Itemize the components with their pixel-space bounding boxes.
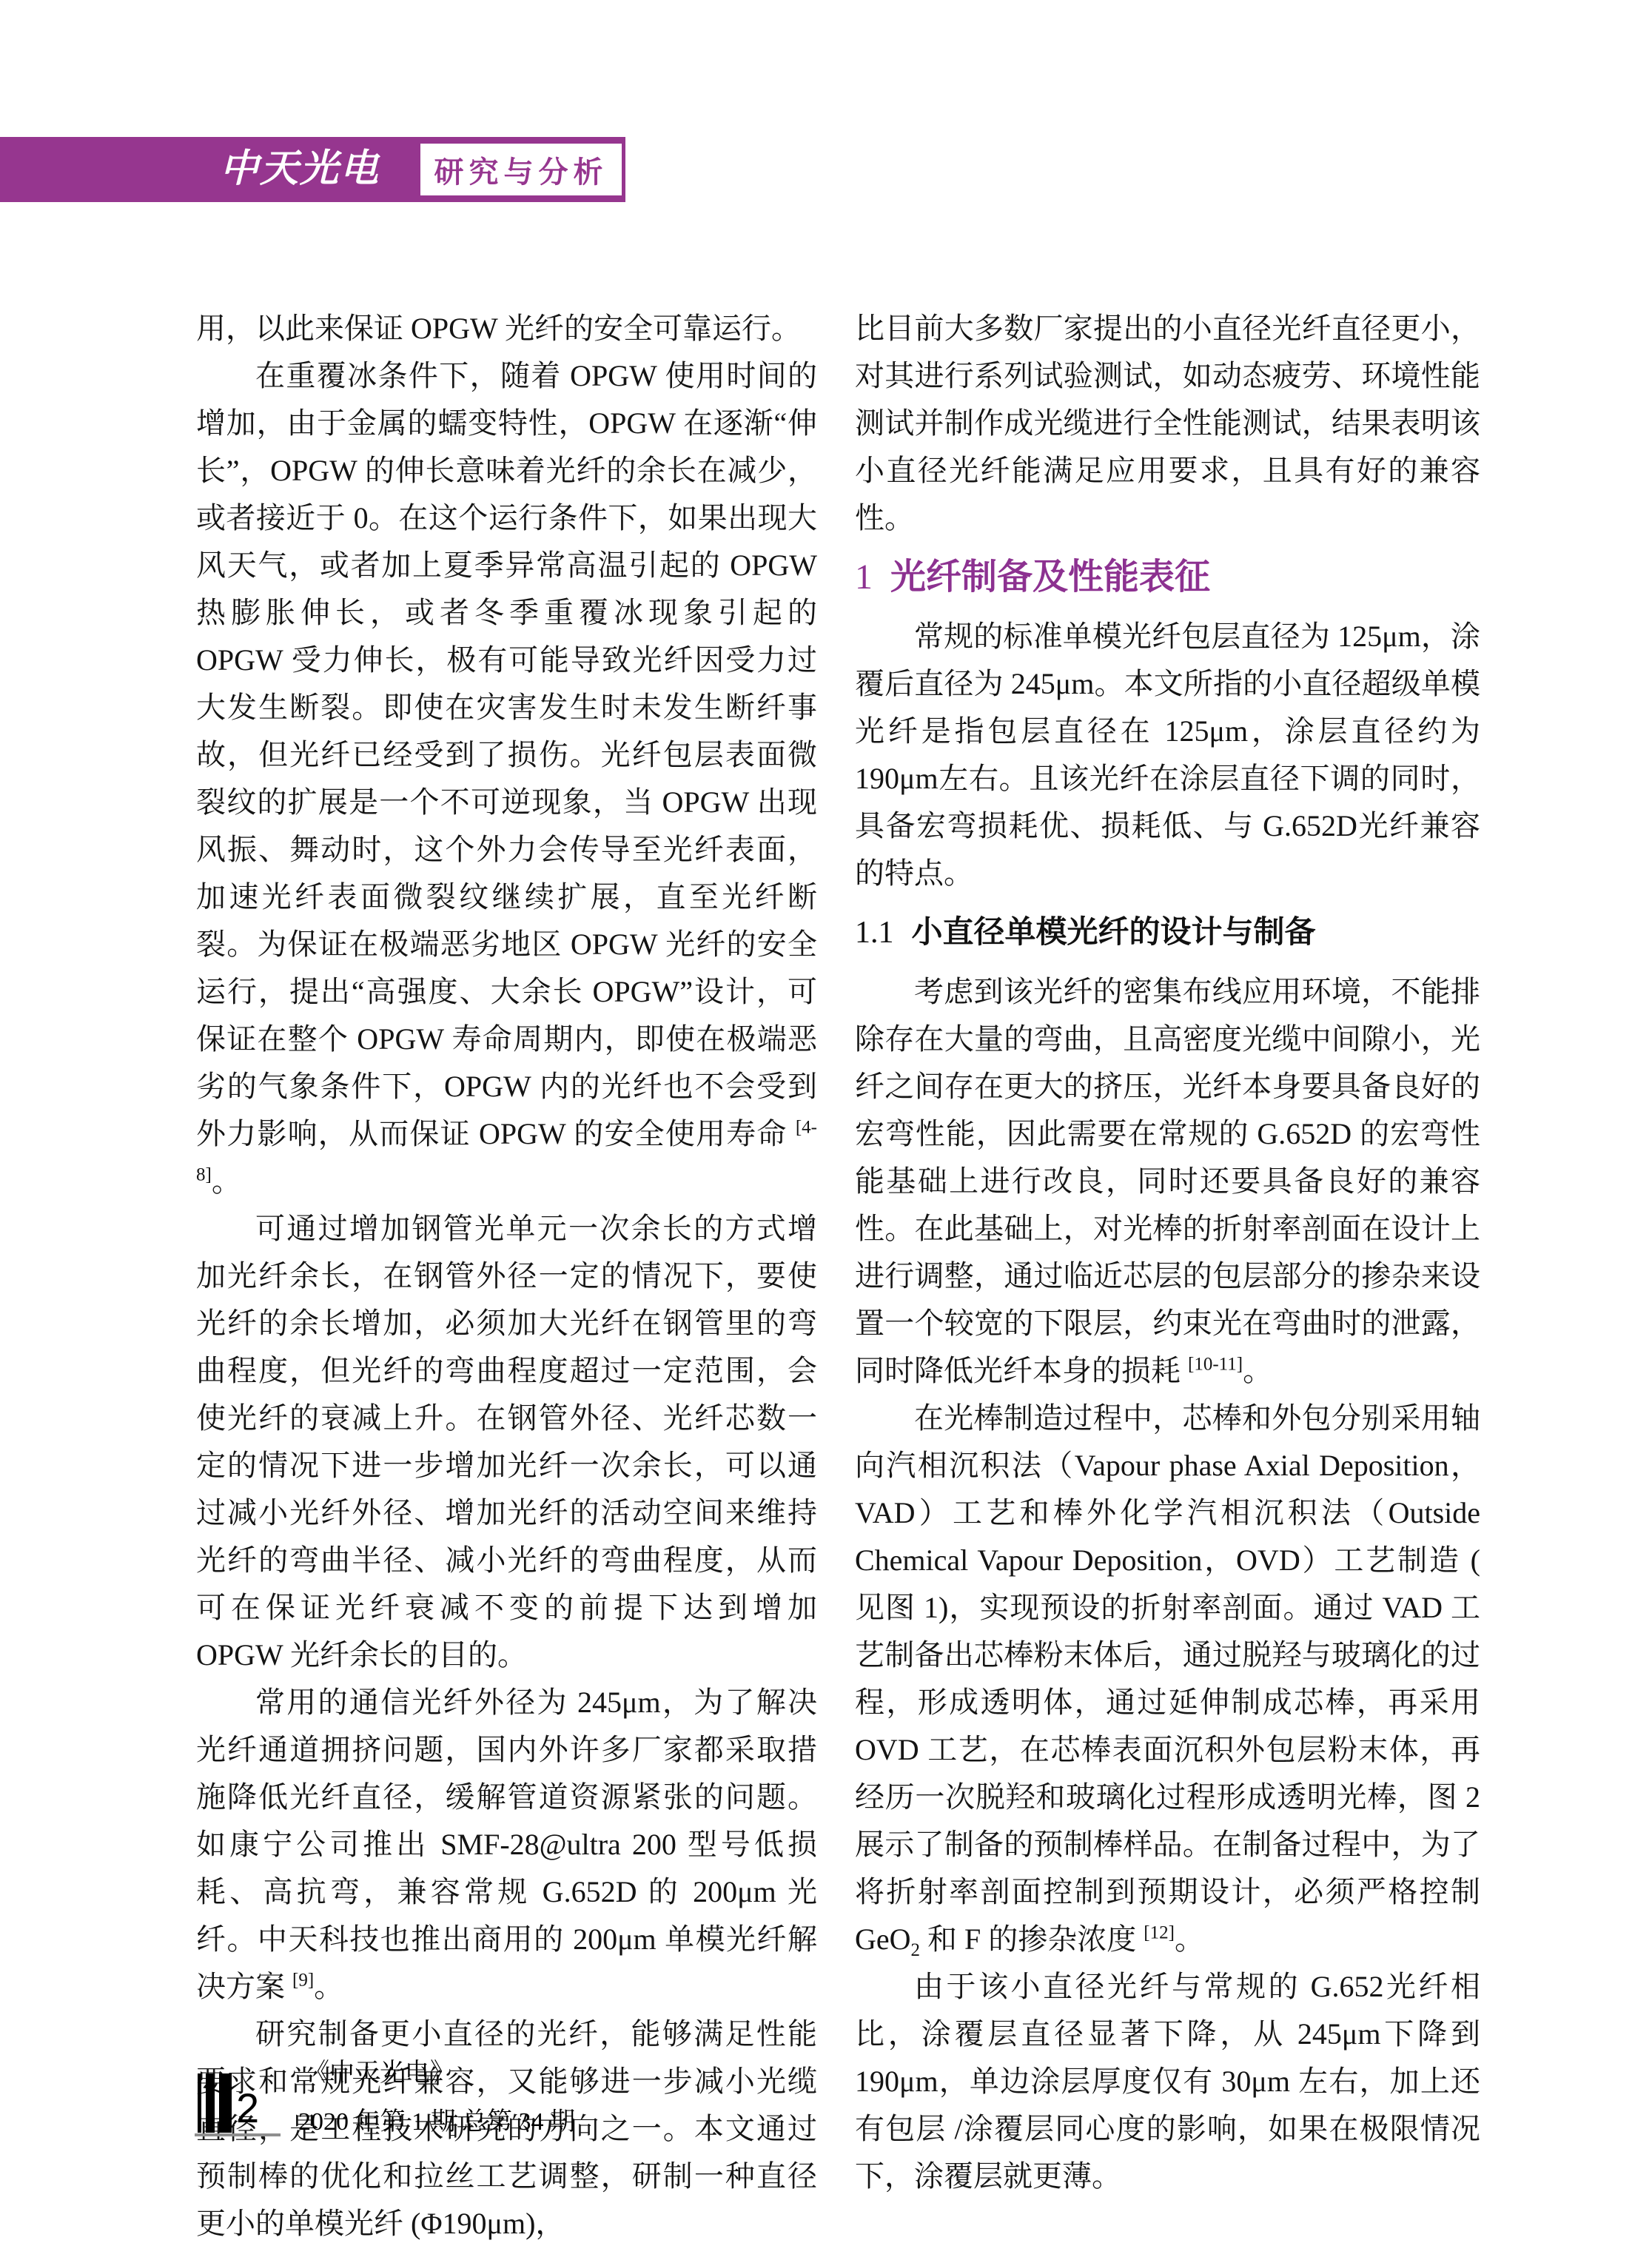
section-label-box: 研究与分析	[420, 144, 622, 195]
paragraph: 常用的通信光纤外径为 245μm，为了解决光纤通道拥挤问题，国内外许多厂家都采取…	[196, 1679, 817, 2011]
paragraph: 比目前大多数厂家提出的小直径光纤直径更小，对其进行系列试验测试，如动态疲劳、环境…	[855, 305, 1480, 542]
subsection-heading: 1.1小直径单模光纤的设计与制备	[855, 897, 1480, 968]
paragraph: 由于该小直径光纤与常规的 G.652光纤相比，涂覆层直径显著下降，从 245μm…	[855, 1963, 1480, 2200]
paragraph: 在重覆冰条件下，随着 OPGW 使用时间的增加，由于金属的蠕变特性，OPGW 在…	[196, 352, 817, 1205]
paragraph: 用，以此来保证 OPGW 光纤的安全可靠运行。	[196, 305, 817, 352]
page-number: 2	[236, 2084, 259, 2133]
left-column: 用，以此来保证 OPGW 光纤的安全可靠运行。在重覆冰条件下，随着 OPGW 使…	[196, 305, 817, 2243]
paragraph: 常规的标准单模光纤包层直径为 125μm，涂覆后直径为 245μm。本文所指的小…	[855, 613, 1480, 897]
paragraph: 在光棒制造过程中，芯棒和外包分别采用轴向汽相沉积法（Vapour phase A…	[855, 1395, 1480, 1963]
footer-underline	[195, 2133, 281, 2136]
issue-info: 2020 年第 1 期 总第 34 期	[298, 2106, 575, 2139]
right-column: 比目前大多数厂家提出的小直径光纤直径更小，对其进行系列试验测试，如动态疲劳、环境…	[855, 305, 1480, 2200]
section-label: 研究与分析	[434, 149, 608, 191]
footer: 2 《中天光电》 2020 年第 1 期 总第 34 期	[195, 2057, 713, 2161]
footer-bars-icon	[198, 2073, 232, 2133]
journal-page: 中天光电 研究与分析 用，以此来保证 OPGW 光纤的安全可靠运行。在重覆冰条件…	[0, 0, 1652, 2243]
paragraph: 考虑到该光纤的密集布线应用环境，不能排除存在大量的弯曲，且高密度光缆中间隙小，光…	[855, 968, 1480, 1395]
section-heading: 1光纤制备及性能表征	[855, 542, 1480, 613]
header-bar: 中天光电 研究与分析	[0, 137, 625, 202]
journal-name: 《中天光电》	[304, 2057, 455, 2090]
journal-logo: 中天光电	[218, 137, 381, 202]
paragraph: 可通过增加钢管光单元一次余长的方式增加光纤余长，在钢管外径一定的情况下，要使光纤…	[196, 1205, 817, 1679]
